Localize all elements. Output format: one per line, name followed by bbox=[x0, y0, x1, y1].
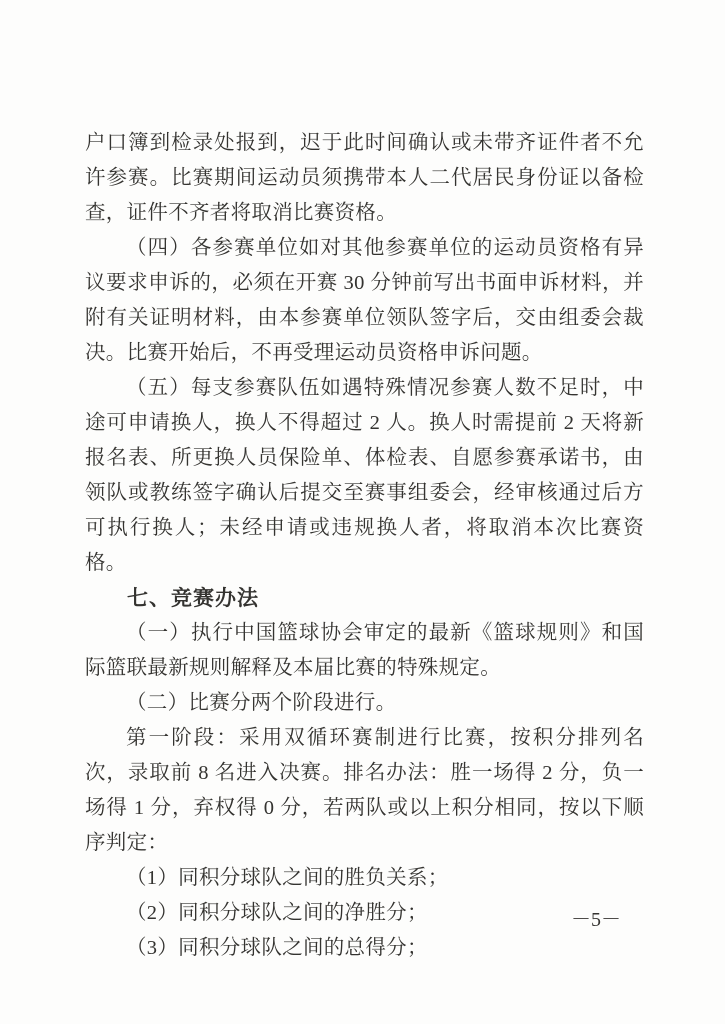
list-item-tiebreak-3: （3）同积分球队之间的总得分； bbox=[85, 931, 644, 966]
paragraph-item-1-rules: （一）执行中国篮球协会审定的最新《篮球规则》和国际篮联最新规则解释及本届比赛的特… bbox=[85, 616, 644, 686]
document-body: 户口簿到检录处报到，迟于此时间确认或未带齐证件者不允许参赛。比赛期间运动员须携带… bbox=[85, 126, 644, 966]
list-item-tiebreak-1: （1）同积分球队之间的胜负关系； bbox=[85, 861, 644, 896]
paragraph-stage-one: 第一阶段：采用双循环赛制进行比赛，按积分排列名次，录取前 8 名进入决赛。排名办… bbox=[85, 721, 644, 861]
paragraph-item-4-appeal: （四）各参赛单位如对其他参赛单位的运动员资格有异议要求申诉的，必须在开赛 30 … bbox=[85, 231, 644, 371]
document-page: 户口簿到检录处报到，迟于此时间确认或未带齐证件者不允许参赛。比赛期间运动员须携带… bbox=[0, 0, 725, 1024]
paragraph-item-5-substitution: （五）每支参赛队伍如遇特殊情况参赛人数不足时，中途可申请换人，换人不得超过 2 … bbox=[85, 371, 644, 581]
section-heading-competition-rules: 七、竞赛办法 bbox=[85, 581, 644, 616]
list-item-tiebreak-2: （2）同积分球队之间的净胜分； bbox=[85, 896, 644, 931]
paragraph-item-2-stages: （二）比赛分两个阶段进行。 bbox=[85, 686, 644, 721]
paragraph-registration-deadline: 户口簿到检录处报到，迟于此时间确认或未带齐证件者不允许参赛。比赛期间运动员须携带… bbox=[85, 126, 644, 231]
page-number: －5－ bbox=[571, 903, 621, 932]
